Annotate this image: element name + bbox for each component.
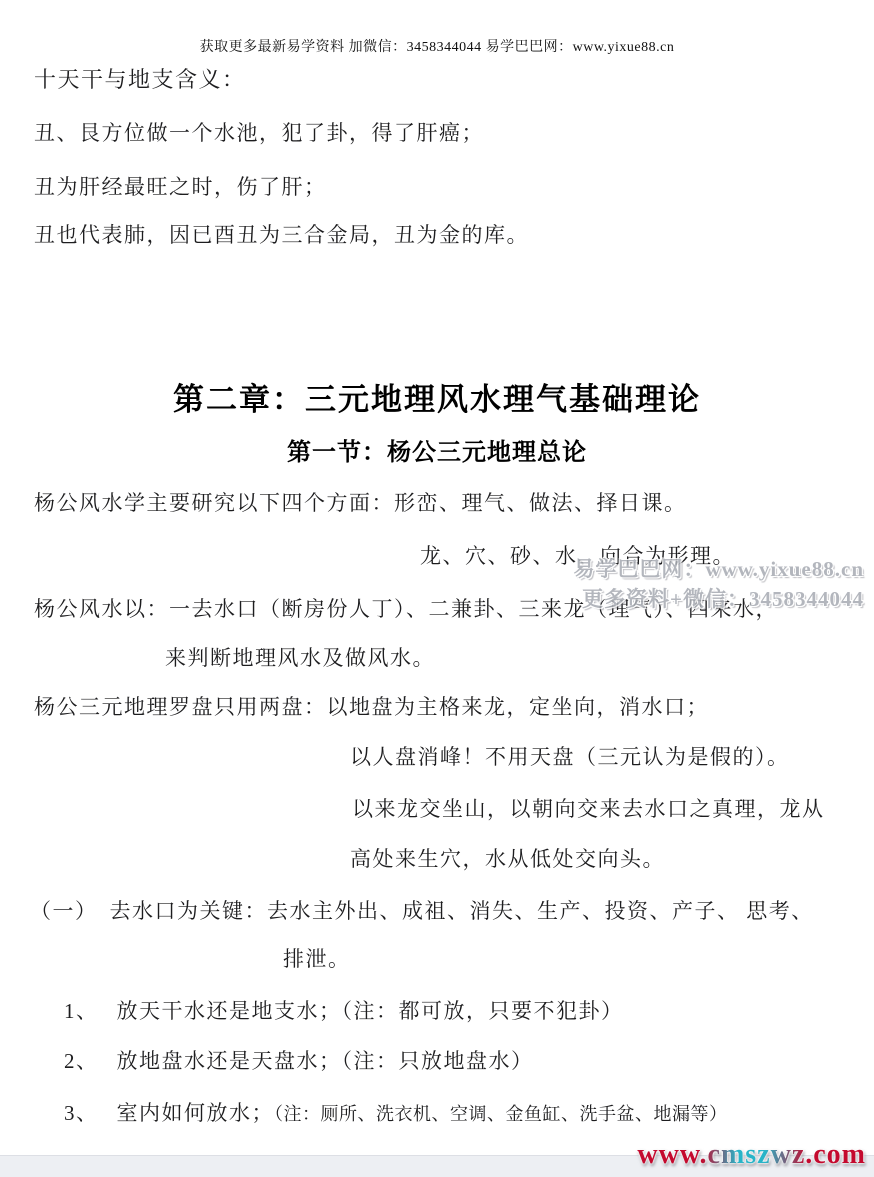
item-yi-line: （一）去水口为关键：去水主外出、成祖、消失、生产、投资、产子、 思考、 [30,898,814,924]
list-item-number: 1、 [64,998,99,1024]
list-item: 1、放天干水还是地支水；（注：都可放，只要不犯卦） [64,998,624,1024]
intro-line: 丑也代表肺，因已酉丑为三合金局，丑为金的库。 [34,222,529,248]
intro-line: 丑、艮方位做一个水池，犯了卦，得了肝癌； [34,120,484,146]
document-page: 获取更多最新易学资料 加微信：3458344044 易学巴巴网：www.yixu… [0,0,874,1177]
paragraph: 高处来生穴，水从低处交向头。 [350,846,665,872]
list-item: 2、放地盘水还是天盘水；（注：只放地盘水） [64,1048,534,1074]
page-header-text: 获取更多最新易学资料 加微信：3458344044 易学巴巴网：www.yixu… [0,36,874,56]
list-item-text: 放天干水还是地支水；（注：都可放，只要不犯卦） [117,999,624,1023]
intro-heading: 十天干与地支含义： [34,66,246,94]
site-watermark: 易学巴巴网：www.yixue88.cn 更多资料+微信：3458344044 [573,554,864,614]
list-item-note: （注：厕所、洗衣机、空调、金鱼缸、洗手盆、地漏等） [274,1104,728,1124]
paragraph: 杨公风水学主要研究以下四个方面：形峦、理气、做法、择日课。 [34,490,687,516]
item-yi-continuation: 排泄。 [283,946,351,972]
chapter-title: 第二章：三元地理风水理气基础理论 [0,374,874,419]
paragraph: 来判断地理风水及做风水。 [165,645,435,671]
list-item-number: 3、 [64,1100,99,1126]
watermark-line2: 更多资料+微信：3458344044 [573,584,864,614]
list-item-text: 室内如何放水； [117,1101,275,1125]
intro-line: 丑为肝经最旺之时，伤了肝； [34,174,327,200]
paragraph: 以人盘消峰！不用天盘（三元认为是假的）。 [350,744,790,770]
list-item-number: 2、 [64,1048,99,1074]
paragraph: 杨公三元地理罗盘只用两盘：以地盘为主格来龙，定坐向，消水口； [34,694,709,720]
footer-site-url: www.cmszwz.com [637,1139,866,1171]
section-title: 第一节：杨公三元地理总论 [0,432,874,467]
item-yi-text: 去水口为关键：去水主外出、成祖、消失、生产、投资、产子、 思考、 [110,899,814,923]
list-item-text: 放地盘水还是天盘水；（注：只放地盘水） [117,1049,534,1073]
paragraph: 以来龙交坐山，以朝向交来去水口之真理，龙从 [352,796,825,822]
watermark-line1: 易学巴巴网：www.yixue88.cn [573,554,864,584]
item-yi-marker: （一） [30,898,98,924]
list-item: 3、室内如何放水；（注：厕所、洗衣机、空调、金鱼缸、洗手盆、地漏等） [64,1100,728,1126]
